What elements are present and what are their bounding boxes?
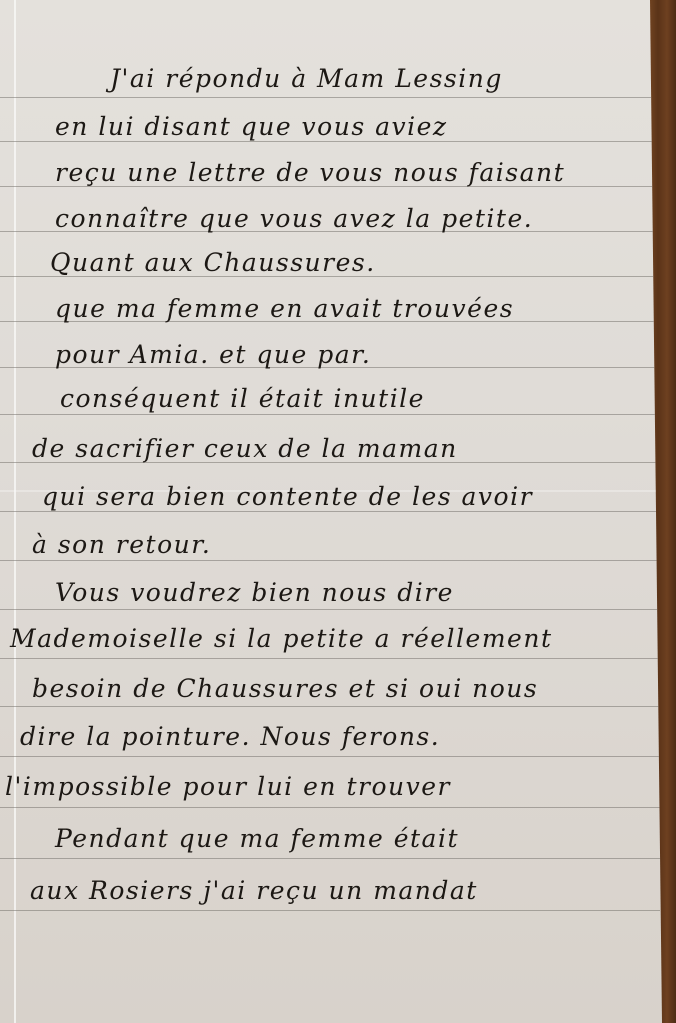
ruled-line bbox=[0, 858, 660, 859]
text-line: de sacrifier ceux de la maman bbox=[32, 436, 458, 461]
text-line: J'ai répondu à Mam Lessing bbox=[110, 66, 503, 91]
ruled-line bbox=[0, 609, 660, 610]
text-line: connaître que vous avez la petite. bbox=[55, 206, 533, 231]
ruled-line bbox=[0, 706, 660, 707]
text-line: Mademoiselle si la petite a réellement bbox=[10, 626, 553, 651]
text-line: besoin de Chaussures et si oui nous bbox=[32, 676, 538, 701]
text-line: Pendant que ma femme était bbox=[55, 826, 459, 851]
text-line: Vous voudrez bien nous dire bbox=[55, 580, 454, 605]
ruled-line bbox=[0, 658, 660, 659]
text-line: que ma femme en avait trouvées bbox=[55, 296, 514, 321]
text-line: en lui disant que vous aviez bbox=[55, 114, 448, 139]
text-line: qui sera bien contente de les avoir bbox=[42, 484, 533, 509]
text-line: dire la pointure. Nous ferons. bbox=[20, 724, 440, 749]
text-line: reçu une lettre de vous nous faisant bbox=[55, 160, 565, 185]
ruled-line bbox=[0, 141, 660, 142]
text-line: Quant aux Chaussures. bbox=[50, 250, 376, 275]
ruled-line bbox=[0, 807, 660, 808]
ruled-line bbox=[0, 97, 660, 98]
ruled-line bbox=[0, 756, 660, 757]
text-line: à son retour. bbox=[32, 532, 211, 557]
ruled-line bbox=[0, 560, 660, 561]
ruled-line bbox=[0, 910, 660, 911]
letter-page: J'ai répondu à Mam Lessing en lui disant… bbox=[0, 0, 676, 1023]
text-line: pour Amia. et que par. bbox=[55, 342, 371, 367]
text-line: l'impossible pour lui en trouver bbox=[5, 774, 451, 799]
text-line: conséquent il était inutile bbox=[60, 386, 425, 411]
text-line: aux Rosiers j'ai reçu un mandat bbox=[30, 878, 478, 903]
ruled-line bbox=[0, 511, 660, 512]
ruled-line bbox=[0, 414, 660, 415]
